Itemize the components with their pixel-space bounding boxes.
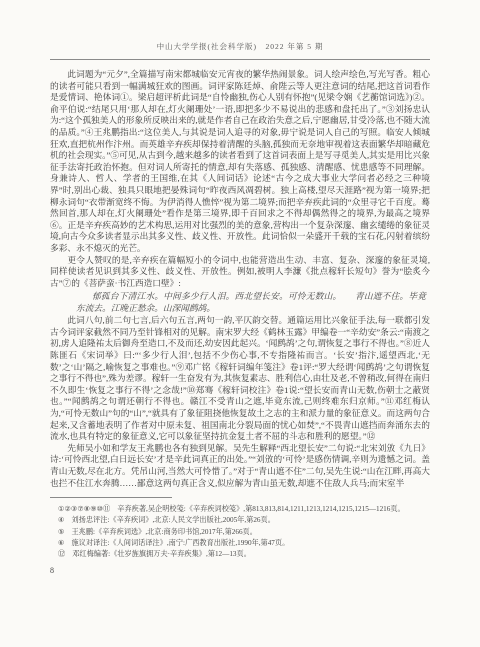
paragraph-2: 更令人赞叹的是,辛弃疾在篇幅短小的令词中,也能营造出生动、丰富、复杂、深邃的象征… <box>50 255 430 290</box>
footnote-row: ⑤ 王兆鹏:《辛弃疾词选》,北京:商务印书馆,2017年,第266页。 <box>50 527 430 538</box>
running-head: 中山大学学报(社会科学版) 2022 年第 5 期 <box>50 0 430 52</box>
footnote-marker: ⑫ <box>58 549 65 560</box>
paragraph-3: 此词八句,前二句七言,后六句五言,两句一韵,平仄韵交替。通篇运用比兴象征手法,每… <box>50 315 430 443</box>
footnote-marker: ①②③⑦⑧⑨⑩⑪ <box>58 504 110 515</box>
paragraph-4: 先师吴小如和学友王兆鹏也各有独到见解。吴先生解释“西北望长安”二句说:“北宋刘攽… <box>50 443 430 489</box>
footnote-text: 王兆鹏:《辛弃疾词选》,北京:商务印书馆,2017年,第266页。 <box>71 527 430 538</box>
footnote-row: ⑥ 施议对译注:《人间词话译注》,南宁:广西教育出版社,1990年,第47页。 <box>50 538 430 549</box>
header-rule <box>50 59 430 60</box>
paragraph-1: 此词题为“元夕”,全篇描写南宋都城临安元宵夜的繁华热闹景象。词人绘声绘色,写光写… <box>50 69 430 255</box>
footnote-text: 辛弃疾著,吴企明校笺:《辛弃疾词校笺》,第813,813,814,1211,12… <box>117 504 430 515</box>
article-body: 此词题为“元夕”,全篇描写南宋都城临安元宵夜的繁华热闹景象。词人绘声绘色,写光写… <box>50 69 430 489</box>
footnote-row: ④ 刘扬忠评注:《辛弃疾词》,北京:人民文学出版社,2005年,第26页。 <box>50 515 430 526</box>
footnote-rule <box>50 497 172 498</box>
poem-quote: 郁孤台下清江水。中间多少行人泪。西北望长安。可怜无数山。 青山遮不住。毕竟东流去… <box>76 290 426 314</box>
footnote-marker: ⑥ <box>58 538 64 549</box>
footnote-marker: ④ <box>58 515 64 526</box>
footnote-marker: ⑤ <box>58 527 64 538</box>
footnote-text: 邓红梅编著:《壮岁旌旗拥万夫·辛弃疾集》,第12—13页。 <box>72 549 430 560</box>
page-number: 8 <box>50 566 430 575</box>
footnotes-block: ①②③⑦⑧⑨⑩⑪ 辛弃疾著,吴企明校笺:《辛弃疾词校笺》,第813,813,81… <box>50 504 430 560</box>
footnote-row: ①②③⑦⑧⑨⑩⑪ 辛弃疾著,吴企明校笺:《辛弃疾词校笺》,第813,813,81… <box>50 504 430 515</box>
footnote-text: 刘扬忠评注:《辛弃疾词》,北京:人民文学出版社,2005年,第26页。 <box>71 515 430 526</box>
footnote-text: 施议对译注:《人间词话译注》,南宁:广西教育出版社,1990年,第47页。 <box>71 538 430 549</box>
journal-page: 中山大学学报(社会科学版) 2022 年第 5 期 此词题为“元夕”,全篇描写南… <box>0 0 480 647</box>
footnote-row: ⑫ 邓红梅编著:《壮岁旌旗拥万夫·辛弃疾集》,第12—13页。 <box>50 549 430 560</box>
